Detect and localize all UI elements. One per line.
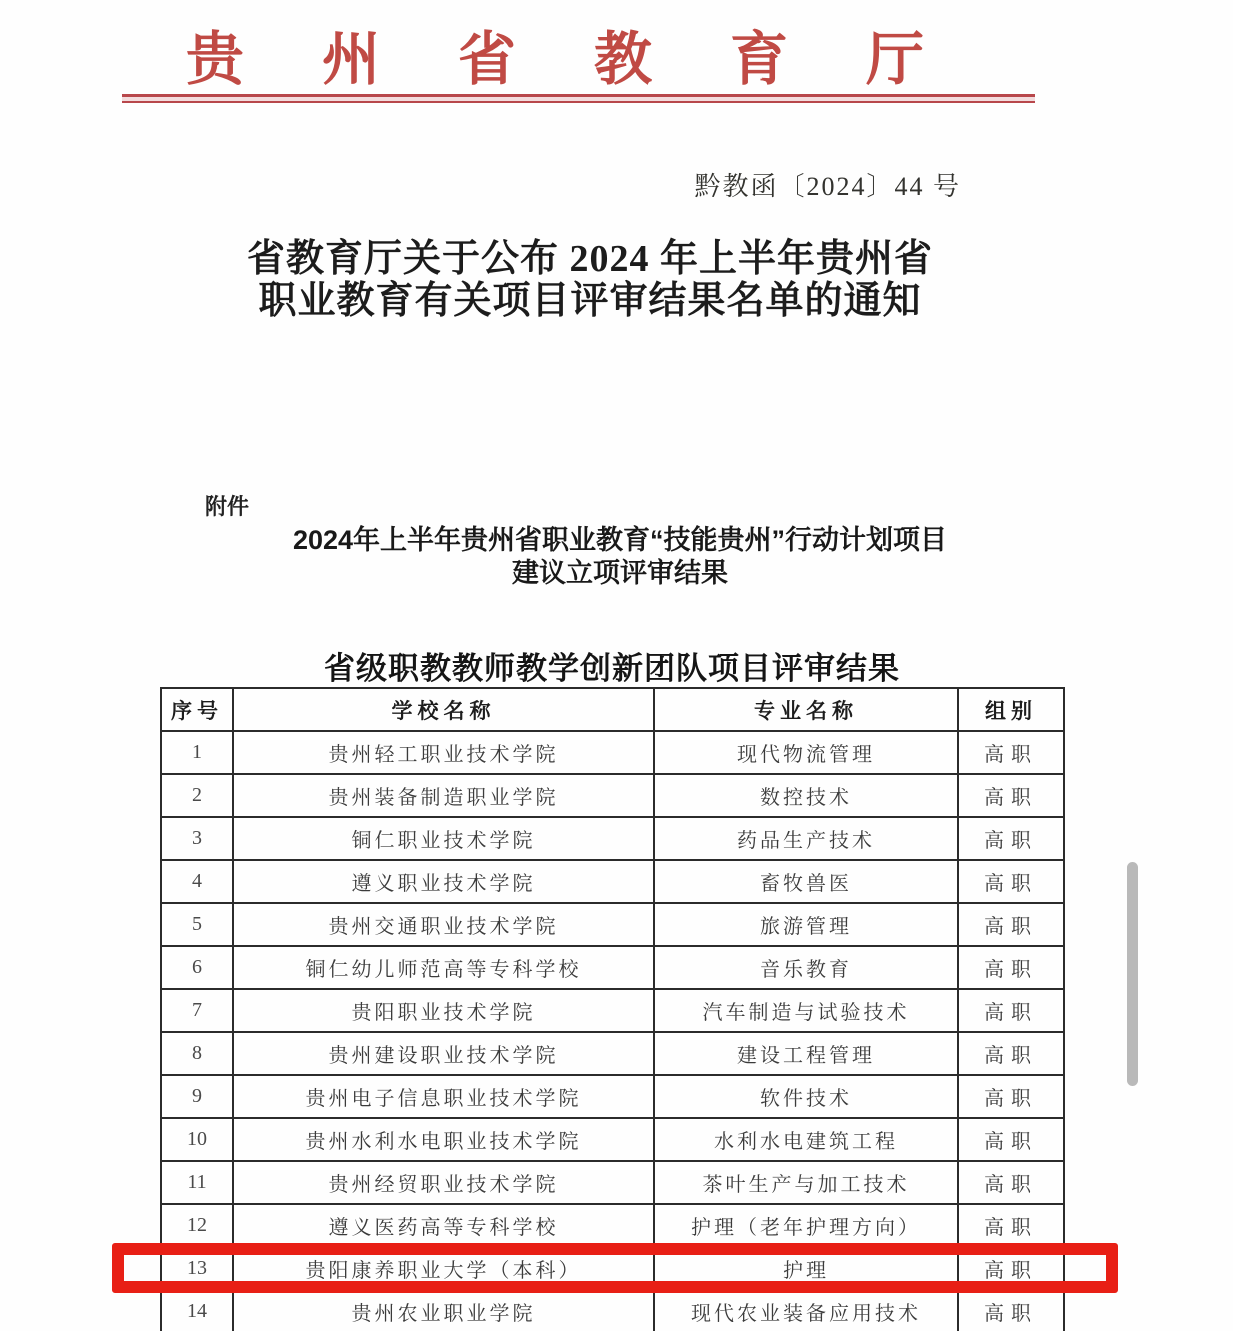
attachment-title-line2: 建议立项评审结果 bbox=[16, 557, 1224, 590]
row-number: 7 bbox=[161, 989, 233, 1032]
group-name: 高职 bbox=[958, 1161, 1064, 1204]
school-name: 贵州建设职业技术学院 bbox=[233, 1032, 654, 1075]
header-school-name: 学校名称 bbox=[233, 688, 654, 731]
header-major-name: 专业名称 bbox=[654, 688, 958, 731]
group-name: 高职 bbox=[958, 860, 1064, 903]
group-name: 高职 bbox=[958, 1118, 1064, 1161]
school-name: 贵阳职业技术学院 bbox=[233, 989, 654, 1032]
table-row: 5贵州交通职业技术学院旅游管理高职 bbox=[161, 903, 1064, 946]
header-row-number: 序号 bbox=[161, 688, 233, 731]
major-name: 畜牧兽医 bbox=[654, 860, 958, 903]
school-name: 铜仁幼儿师范高等专科学校 bbox=[233, 946, 654, 989]
table-row: 9贵州电子信息职业技术学院软件技术高职 bbox=[161, 1075, 1064, 1118]
row-number: 2 bbox=[161, 774, 233, 817]
results-table: 序号 学校名称 专业名称 组别 1贵州轻工职业技术学院现代物流管理高职2贵州装备… bbox=[160, 687, 1065, 1331]
table-row: 3铜仁职业技术学院药品生产技术高职 bbox=[161, 817, 1064, 860]
group-name: 高职 bbox=[958, 946, 1064, 989]
table-header-row: 序号 学校名称 专业名称 组别 bbox=[161, 688, 1064, 731]
doc-number: 黔教函〔2024〕44 号 bbox=[694, 166, 961, 203]
row-number: 11 bbox=[161, 1161, 233, 1204]
table-row: 13贵阳康养职业大学（本科）护理高职 bbox=[161, 1247, 1064, 1290]
group-name: 高职 bbox=[958, 731, 1064, 774]
table-row: 6铜仁幼儿师范高等专科学校音乐教育高职 bbox=[161, 946, 1064, 989]
school-name: 贵州农业职业学院 bbox=[233, 1290, 654, 1331]
major-name: 软件技术 bbox=[654, 1075, 958, 1118]
row-number: 3 bbox=[161, 817, 233, 860]
row-number: 4 bbox=[161, 860, 233, 903]
school-name: 贵阳康养职业大学（本科） bbox=[233, 1247, 654, 1290]
group-name: 高职 bbox=[958, 1204, 1064, 1247]
major-name: 现代物流管理 bbox=[654, 731, 958, 774]
major-name: 护理（老年护理方向） bbox=[654, 1204, 958, 1247]
group-name: 高职 bbox=[958, 1075, 1064, 1118]
table-row: 8贵州建设职业技术学院建设工程管理高职 bbox=[161, 1032, 1064, 1075]
group-name: 高职 bbox=[958, 1247, 1064, 1290]
school-name: 贵州经贸职业技术学院 bbox=[233, 1161, 654, 1204]
row-number: 13 bbox=[161, 1247, 233, 1290]
row-number: 14 bbox=[161, 1290, 233, 1331]
attachment-title-line1: 2024年上半年贵州省职业教育“技能贵州”行动计划项目 bbox=[16, 524, 1224, 557]
group-name: 高职 bbox=[958, 1032, 1064, 1075]
major-name: 旅游管理 bbox=[654, 903, 958, 946]
header-group: 组别 bbox=[958, 688, 1064, 731]
group-name: 高职 bbox=[958, 1290, 1064, 1331]
group-name: 高职 bbox=[958, 989, 1064, 1032]
school-name: 贵州电子信息职业技术学院 bbox=[233, 1075, 654, 1118]
agency-name: 贵州省教育厅 bbox=[186, 12, 1002, 96]
document-page: 贵州省教育厅 黔教函〔2024〕44 号 省教育厅关于公布 2024 年上半年贵… bbox=[0, 0, 1233, 1331]
school-name: 贵州水利水电职业技术学院 bbox=[233, 1118, 654, 1161]
major-name: 音乐教育 bbox=[654, 946, 958, 989]
school-name: 贵州交通职业技术学院 bbox=[233, 903, 654, 946]
table-title: 省级职教教师教学创新团队项目评审结果 bbox=[12, 643, 1212, 688]
table-row: 11贵州经贸职业技术学院茶叶生产与加工技术高职 bbox=[161, 1161, 1064, 1204]
major-name: 现代农业装备应用技术 bbox=[654, 1290, 958, 1331]
major-name: 药品生产技术 bbox=[654, 817, 958, 860]
school-name: 贵州装备制造职业学院 bbox=[233, 774, 654, 817]
attachment-title: 2024年上半年贵州省职业教育“技能贵州”行动计划项目 建议立项评审结果 bbox=[16, 524, 1224, 590]
notice-title: 省教育厅关于公布 2024 年上半年贵州省 职业教育有关项目评审结果名单的通知 bbox=[0, 238, 1180, 322]
school-name: 遵义医药高等专科学校 bbox=[233, 1204, 654, 1247]
attachment-label: 附件 bbox=[205, 490, 249, 521]
row-number: 8 bbox=[161, 1032, 233, 1075]
major-name: 建设工程管理 bbox=[654, 1032, 958, 1075]
row-number: 10 bbox=[161, 1118, 233, 1161]
major-name: 数控技术 bbox=[654, 774, 958, 817]
notice-title-line1: 省教育厅关于公布 2024 年上半年贵州省 bbox=[0, 238, 1180, 280]
notice-title-line2: 职业教育有关项目评审结果名单的通知 bbox=[0, 280, 1180, 322]
table-row: 4遵义职业技术学院畜牧兽医高职 bbox=[161, 860, 1064, 903]
table-row: 14贵州农业职业学院现代农业装备应用技术高职 bbox=[161, 1290, 1064, 1331]
row-number: 1 bbox=[161, 731, 233, 774]
major-name: 护理 bbox=[654, 1247, 958, 1290]
scrollbar-thumb[interactable] bbox=[1127, 862, 1138, 1086]
letterhead-divider bbox=[122, 94, 1035, 103]
group-name: 高职 bbox=[958, 774, 1064, 817]
row-number: 5 bbox=[161, 903, 233, 946]
row-number: 9 bbox=[161, 1075, 233, 1118]
group-name: 高职 bbox=[958, 903, 1064, 946]
row-number: 6 bbox=[161, 946, 233, 989]
school-name: 遵义职业技术学院 bbox=[233, 860, 654, 903]
major-name: 汽车制造与试验技术 bbox=[654, 989, 958, 1032]
table-row: 2贵州装备制造职业学院数控技术高职 bbox=[161, 774, 1064, 817]
group-name: 高职 bbox=[958, 817, 1064, 860]
major-name: 水利水电建筑工程 bbox=[654, 1118, 958, 1161]
school-name: 贵州轻工职业技术学院 bbox=[233, 731, 654, 774]
major-name: 茶叶生产与加工技术 bbox=[654, 1161, 958, 1204]
school-name: 铜仁职业技术学院 bbox=[233, 817, 654, 860]
row-number: 12 bbox=[161, 1204, 233, 1247]
table-row: 1贵州轻工职业技术学院现代物流管理高职 bbox=[161, 731, 1064, 774]
table-row: 10贵州水利水电职业技术学院水利水电建筑工程高职 bbox=[161, 1118, 1064, 1161]
table-row: 12遵义医药高等专科学校护理（老年护理方向）高职 bbox=[161, 1204, 1064, 1247]
table-row: 7贵阳职业技术学院汽车制造与试验技术高职 bbox=[161, 989, 1064, 1032]
agency-letterhead: 贵州省教育厅 bbox=[0, 12, 1110, 96]
